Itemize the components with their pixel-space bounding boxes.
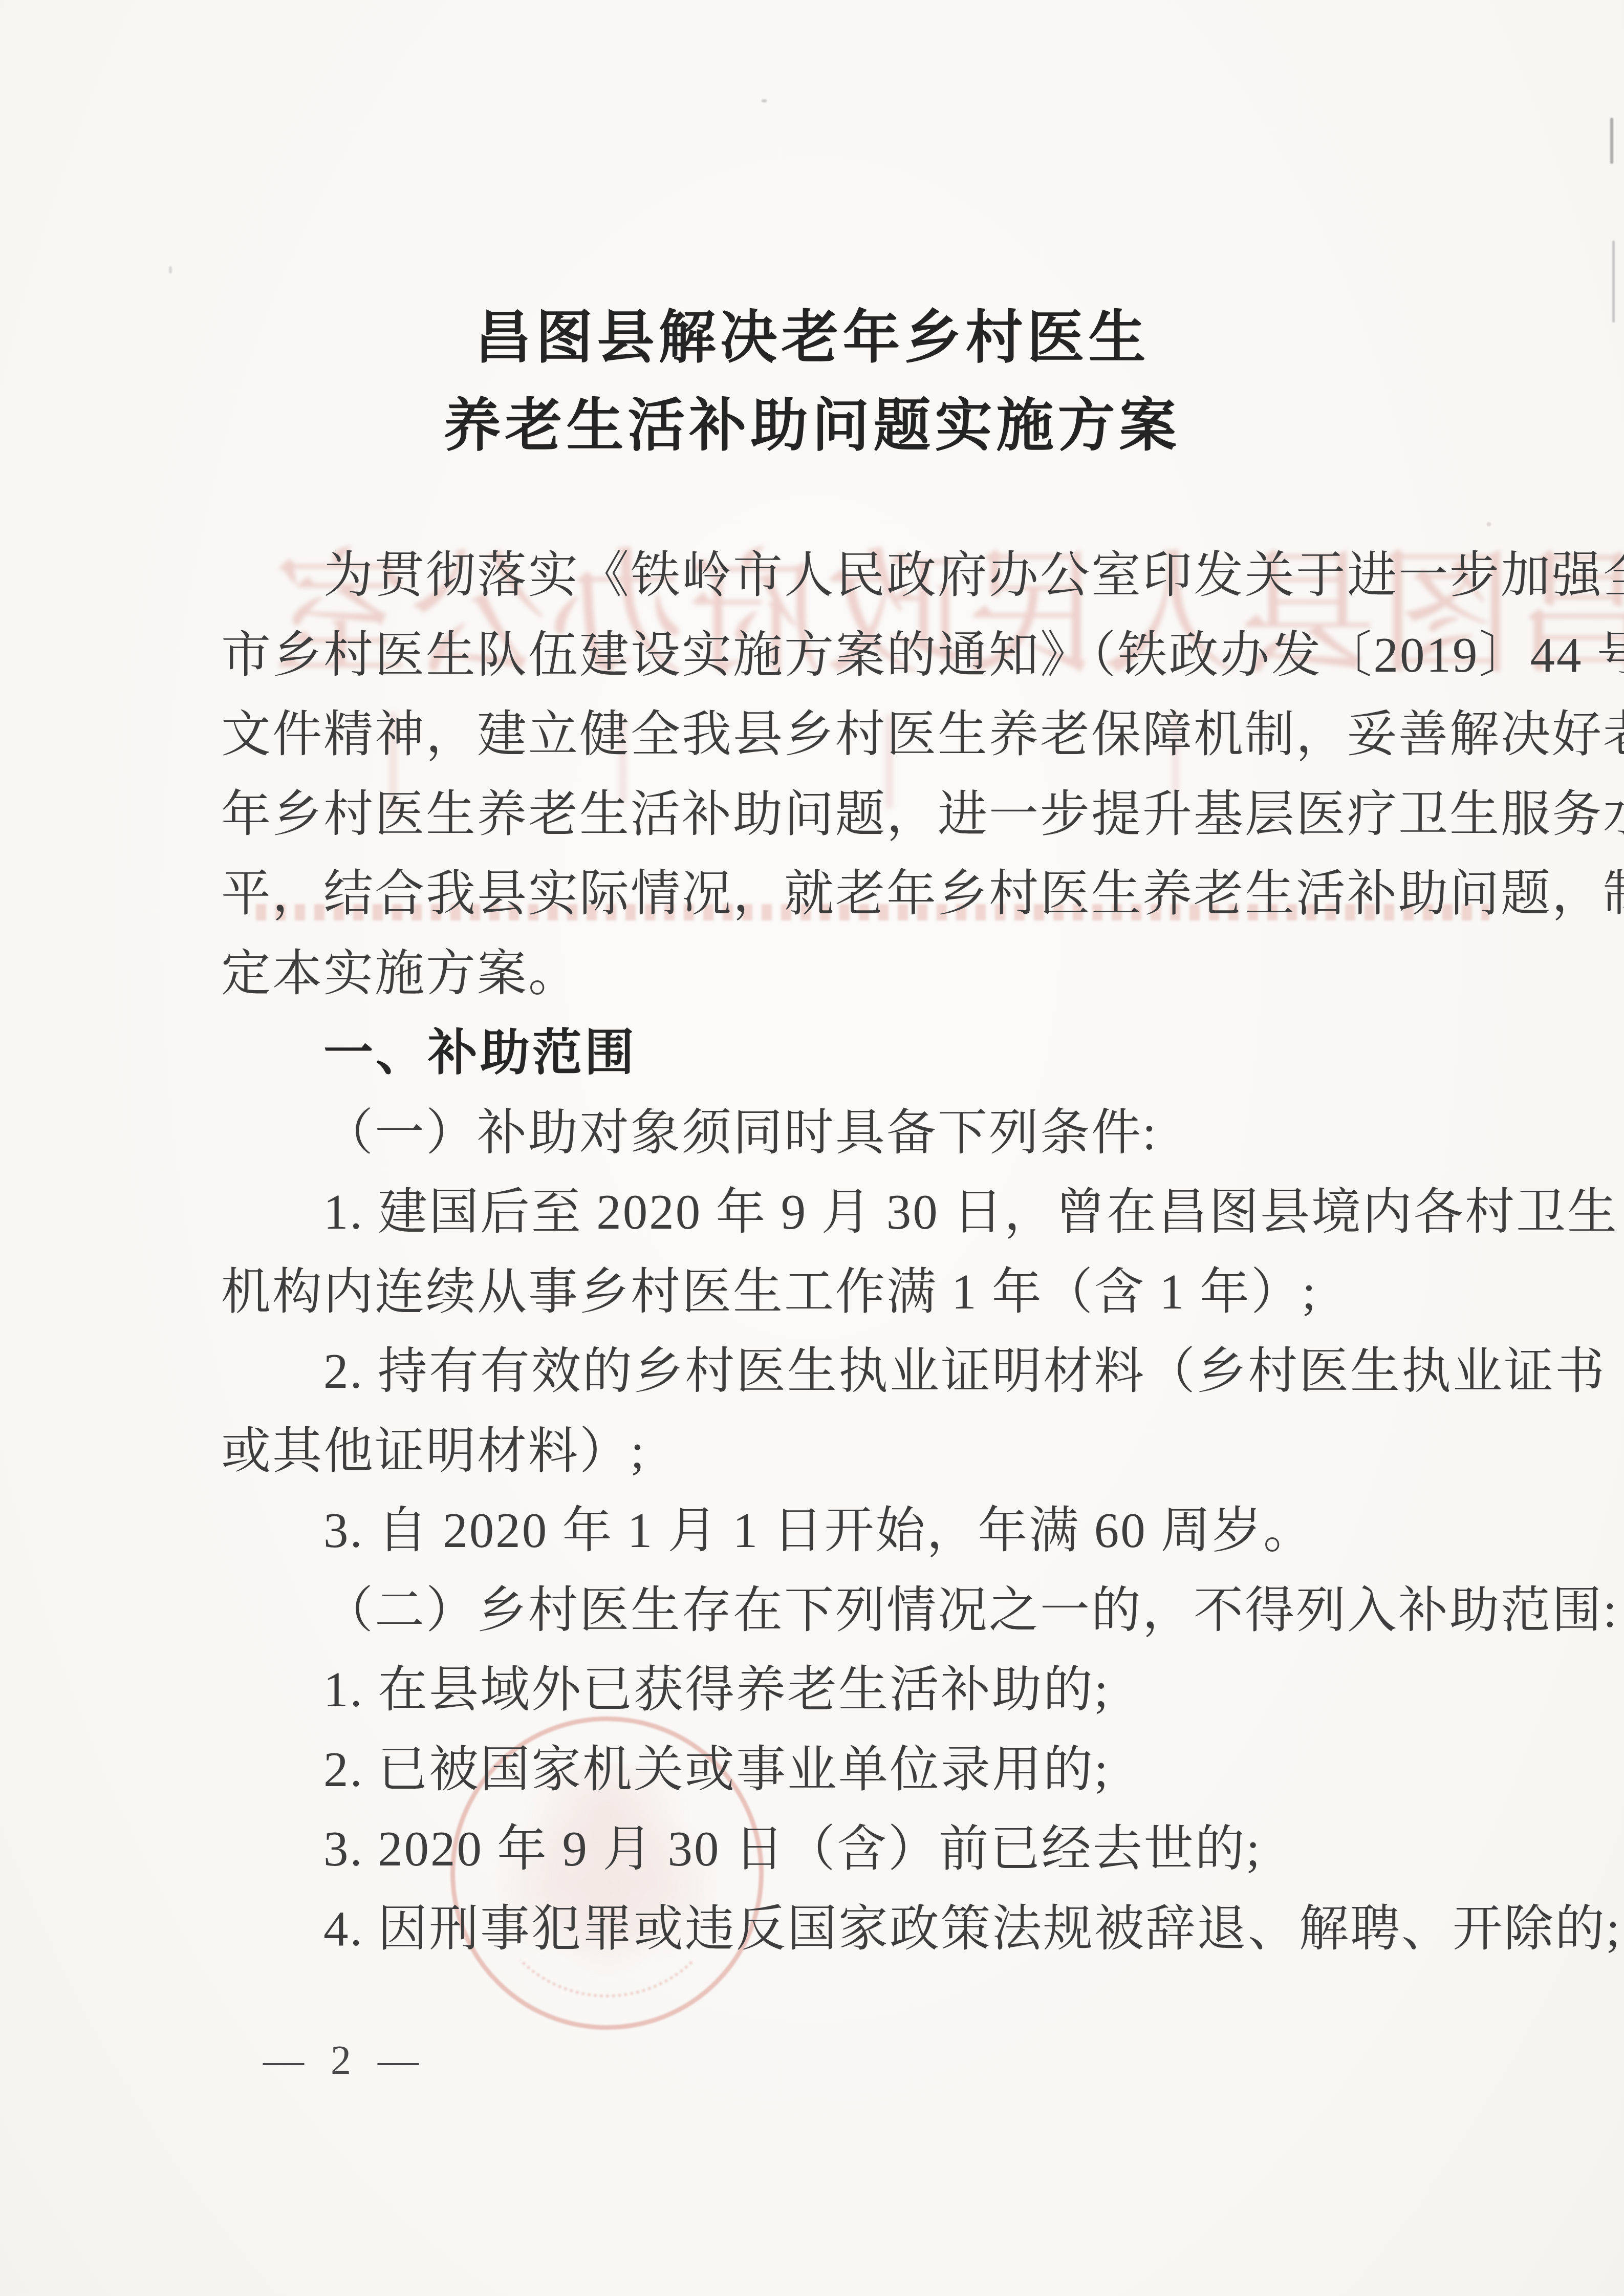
body-line: （一）补助对象须同时具备下列条件: xyxy=(221,1093,1531,1173)
title-line-2: 养老生活补助问题实施方案 xyxy=(0,382,1624,470)
title-line-1: 昌图县解决老年乡村医生 xyxy=(0,294,1624,382)
scan-speck xyxy=(762,99,767,102)
body-line: 3. 2020 年 9 月 30 日（含）前已经去世的; xyxy=(221,1809,1531,1889)
body-line: 或其他证明材料）; xyxy=(221,1411,1531,1491)
body-line: 机构内连续从事乡村医生工作满 1 年（含 1 年）; xyxy=(221,1252,1531,1332)
page-number: — 2 — xyxy=(263,2037,427,2084)
body-line: 3. 自 2020 年 1 月 1 日开始，年满 60 周岁。 xyxy=(221,1491,1531,1571)
body-line: 4. 因刑事犯罪或违反国家政策法规被辞退、解聘、开除的; xyxy=(221,1889,1531,1969)
scan-speck xyxy=(169,266,172,273)
body-line: 平，结合我县实际情况，就老年乡村医生养老生活补助问题，制 xyxy=(221,854,1531,934)
scanned-document-page: 昌图县人民政府办公室 昌图县解决老年乡村医生 养老生活补助问题实施方案 为贯彻落… xyxy=(0,0,1624,2296)
body-line: 1. 在县域外已获得养老生活补助的; xyxy=(221,1650,1531,1730)
body-line: 1. 建国后至 2020 年 9 月 30 日，曾在昌图县境内各村卫生 xyxy=(221,1172,1531,1252)
body-line: 为贯彻落实《铁岭市人民政府办公室印发关于进一步加强全 xyxy=(221,535,1531,615)
body-line: 2. 已被国家机关或事业单位录用的; xyxy=(221,1730,1531,1810)
scan-edge-artifact xyxy=(1610,118,1613,164)
section-heading: 一、补助范围 xyxy=(221,1013,1531,1093)
body-line: 2. 持有有效的乡村医生执业证明材料（乡村医生执业证书 xyxy=(221,1332,1531,1411)
document-title: 昌图县解决老年乡村医生 养老生活补助问题实施方案 xyxy=(0,294,1624,470)
document-body: 为贯彻落实《铁岭市人民政府办公室印发关于进一步加强全 市乡村医生队伍建设实施方案… xyxy=(221,535,1531,1968)
body-line: 文件精神，建立健全我县乡村医生养老保障机制，妥善解决好老 xyxy=(221,695,1531,775)
body-line: （二）乡村医生存在下列情况之一的，不得列入补助范围: xyxy=(221,1571,1531,1650)
scan-speck xyxy=(1487,522,1491,526)
body-line: 定本实施方案。 xyxy=(221,934,1531,1014)
body-line: 年乡村医生养老生活补助问题，进一步提升基层医疗卫生服务水 xyxy=(221,775,1531,854)
body-line: 市乡村医生队伍建设实施方案的通知》（铁政办发〔2019〕44 号） xyxy=(221,615,1531,695)
